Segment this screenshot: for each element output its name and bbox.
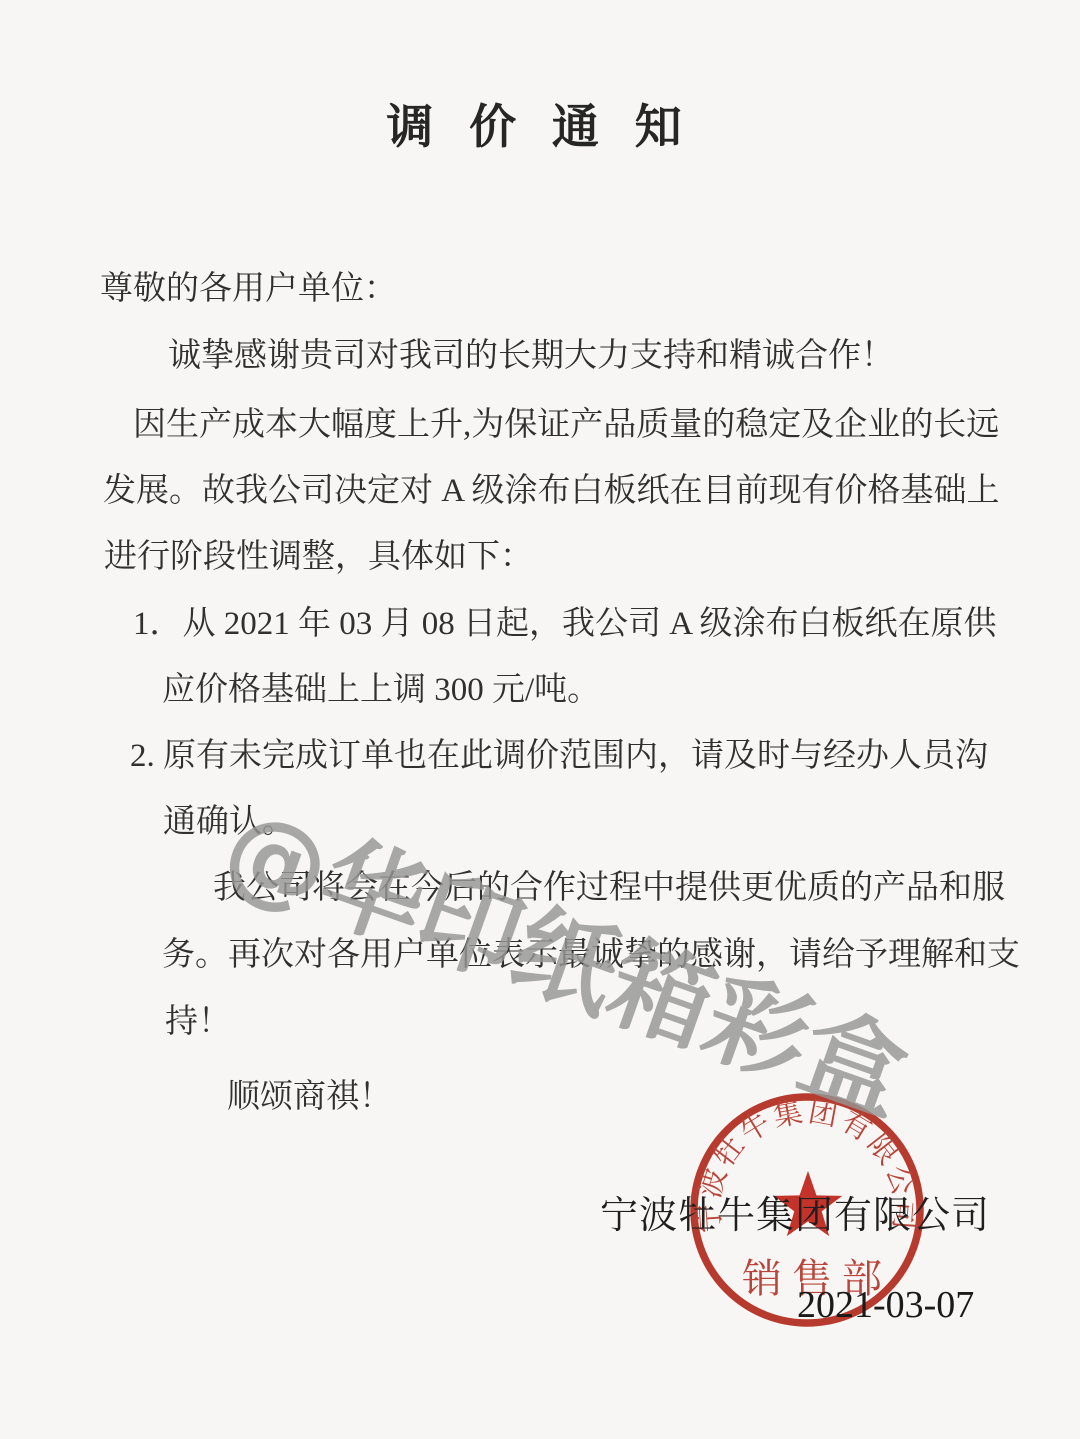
salutation: 尊敬的各用户单位： (100, 262, 397, 309)
reason-paragraph-line1: 因生产成本大幅度上升,为保证产品质量的稳定及企业的长远 (133, 398, 999, 445)
company-name: 宁波牡牛集团有限公司 (600, 1184, 990, 1239)
reason-paragraph-line3: 进行阶段性调整，具体如下： (104, 530, 533, 577)
list-item-1-line2: 应价格基础上上调 300 元/吨。 (162, 663, 600, 710)
thanks-paragraph: 诚挚感谢贵司对我司的长期大力支持和精诚合作！ (168, 329, 894, 376)
stamp-date: 2021-03-07 (797, 1283, 974, 1327)
reason-paragraph-line2: 发展。故我公司决定对 A 级涂布白板纸在目前现有价格基础上 (103, 464, 1000, 511)
regards-line: 顺颂商祺！ (227, 1070, 392, 1117)
closing-paragraph-line3: 持！ (165, 995, 231, 1042)
list-item-1-line1: 1．从 2021 年 03 月 08 日起，我公司 A 级涂布白板纸在原供 (133, 597, 997, 644)
notice-title: 调 价 通 知 (0, 90, 1080, 157)
notice-document: 调 价 通 知 尊敬的各用户单位： 诚挚感谢贵司对我司的长期大力支持和精诚合作！… (0, 0, 1080, 1439)
